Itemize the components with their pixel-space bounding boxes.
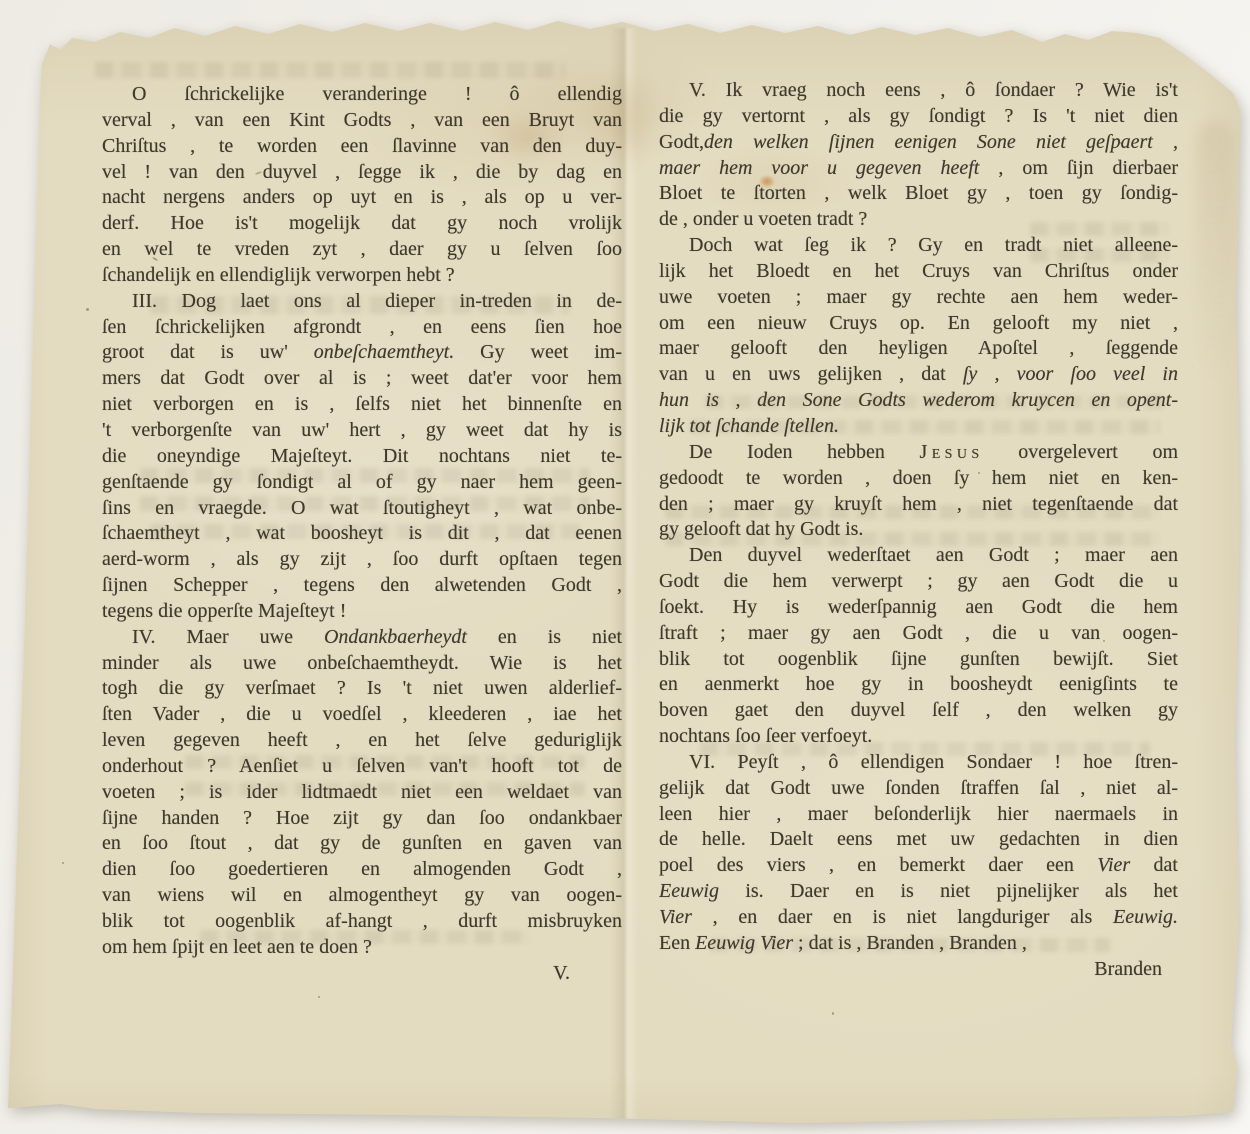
text-line: en wel te vreden zyt , daer gy u ſelven … <box>102 237 622 263</box>
text-line: Godt die hem verwerpt ; gy aen Godt die … <box>659 569 1178 595</box>
paragraph: III. Dog laet ons al dieper in-treden in… <box>102 289 622 625</box>
text-segment: Chriſtus , te worden een ſlavinne van de… <box>102 135 622 157</box>
text-line: derf. Hoe is't mogelijk dat gy noch vrol… <box>102 211 622 237</box>
text-line: Bloet te ſtorten , welk Bloet gy , toen … <box>659 181 1178 207</box>
text-segment: den ; maer gy kruyſt hem , niet tegenſta… <box>659 493 1178 515</box>
text-segment: en is niet <box>467 626 622 648</box>
catchword-left: V. <box>102 961 622 987</box>
text-line: lijk het Bloedt en het Cruys van Chriſtu… <box>659 259 1178 285</box>
text-line: gedoodt te worden , doen ſy hem niet en … <box>659 466 1178 492</box>
text-line: vel ! van den duyvel , ſegge ik , die by… <box>102 160 622 186</box>
edge-stain <box>1195 120 1235 380</box>
text-line: hun is , den Sone Godts wederom kruycen … <box>659 388 1178 414</box>
text-segment: niet verborgen en is , ſelfs niet het bi… <box>102 393 622 415</box>
name-jesus: Jesus <box>920 441 984 463</box>
text-line: groot dat is uw' onbeſchaemtheyt. Gy wee… <box>102 340 622 366</box>
text-line: nochtans ſoo ſeer verfoeyt. <box>659 724 1178 750</box>
text-segment: Godt die hem verwerpt ; gy aen Godt die … <box>659 570 1178 592</box>
text-segment: gelijk dat Godt uwe ſonden ſtraffen ſal … <box>659 777 1178 799</box>
text-line: gelijk dat Godt uwe ſonden ſtraffen ſal … <box>659 776 1178 802</box>
catchword-right: Branden <box>659 957 1178 983</box>
text-segment: overgelevert om <box>984 441 1178 463</box>
text-line: IV. Maer uwe Ondankbaerheydt en is niet <box>102 625 622 651</box>
text-segment: van wiens wil en almogentheyt gy van oog… <box>102 884 622 906</box>
text-segment: gy gelooft dat hy Godt is. <box>659 518 863 540</box>
text-line: verval , van een Kint Godts , van een Br… <box>102 108 622 134</box>
text-segment: van u en uws gelijken , dat <box>659 363 963 385</box>
text-segment: ſtraft ; maer gy aen Godt , die u van oo… <box>659 622 1178 644</box>
text-line: die oneyndige Majeſteyt. Dit nochtans ni… <box>102 444 622 470</box>
text-segment: en ſoo ſtout , dat gy de gunſten en gave… <box>102 832 622 854</box>
paragraph: Doch wat ſeg ik ? Gy en tradt niet allee… <box>659 233 1178 440</box>
text-line: blik tot oogenblik ſijne gunſten bewijſt… <box>659 647 1178 673</box>
paragraph: De Ioden hebben Jesus overgelevert omged… <box>659 440 1178 543</box>
text-segment: lijk het Bloedt en het Cruys van Chriſtu… <box>659 260 1178 282</box>
text-segment: die gy vertornt , als gy ſondigt ? Is 't… <box>659 105 1178 127</box>
text-line: om hem ſpijt en leet aen te doen ? <box>102 935 622 961</box>
text-line: niet verborgen en is , ſelfs niet het bi… <box>102 392 622 418</box>
text-line: ſen ſchrickelijken afgrondt , en eens ſi… <box>102 315 622 341</box>
text-line: ſijnen Schepper , tegens den alwetenden … <box>102 573 622 599</box>
text-segment: en aenmerkt hoe gy in boosheydt eenigſin… <box>659 673 1178 695</box>
text-segment: IV. Maer uwe <box>132 626 324 648</box>
paragraph: IV. Maer uwe Ondankbaerheydt en is nietm… <box>102 625 622 961</box>
right-page-text: V. Ik vraeg noch eens , ô ſondaer ? Wie … <box>659 78 1178 957</box>
bleedthrough-mark <box>95 62 565 78</box>
text-segment: maer hem voor u gegeven heeft <box>659 157 979 179</box>
text-line: blik tot oogenblik af-hangt , durft misb… <box>102 909 622 935</box>
text-segment: III. Dog laet ons al dieper in-treden in… <box>132 290 622 312</box>
text-line: de , onder u voeten tradt ? <box>659 207 1178 233</box>
text-segment: leen hier , maer beſonderlijk hier naerm… <box>659 803 1178 825</box>
text-segment: nacht nergens anders op uyt en is , als … <box>102 186 622 208</box>
text-segment: maer gelooft den heyligen Apoſtel , ſegg… <box>659 337 1178 359</box>
text-line: VI. Peyſt , ô ellendigen Sondaer ! hoe ſ… <box>659 750 1178 776</box>
right-page-column: V. Ik vraeg noch eens , ô ſondaer ? Wie … <box>659 78 1178 983</box>
text-segment: derf. Hoe is't mogelijk dat gy noch vrol… <box>102 212 622 234</box>
text-line: Een Eeuwig Vier ; dat is , Branden , Bra… <box>659 931 1178 957</box>
text-line: en ſoo ſtout , dat gy de gunſten en gave… <box>102 831 622 857</box>
text-line: de helle. Daelt eens met uw gedachten in… <box>659 827 1178 853</box>
text-segment: om hem ſpijt en leet aen te doen ? <box>102 936 372 958</box>
text-line: O ſchrickelijke veranderinge ! ô ellendi… <box>102 82 622 108</box>
text-segment: uwe voeten ; maer gy rechte aen hem wede… <box>659 286 1178 308</box>
text-segment: Ondankbaerheydt <box>324 626 467 648</box>
text-line: poel des viers , en bemerkt daer een Vie… <box>659 853 1178 879</box>
text-line: van wiens wil en almogentheyt gy van oog… <box>102 883 622 909</box>
text-line: Chriſtus , te worden een ſlavinne van de… <box>102 134 622 160</box>
text-segment: Doch wat ſeg ik ? Gy en tradt niet allee… <box>689 234 1178 256</box>
text-segment: , en daer en is niet langduriger als <box>692 906 1113 928</box>
text-segment: dat <box>1130 854 1178 876</box>
text-line: boven gaet den duyvel ſelf , den welken … <box>659 698 1178 724</box>
paragraph: Den duyvel wederſtaet aen Godt ; maer ae… <box>659 543 1178 750</box>
text-segment: om een nieuw Cruys op. En gelooft my nie… <box>659 312 1178 334</box>
text-line: genſtaende gy ſondigt al of gy naer hem … <box>102 470 622 496</box>
text-segment: tegens die opperſte Majeſteyt ! <box>102 600 346 622</box>
text-segment: ſy , voor ſoo veel in <box>963 363 1178 385</box>
text-line: den ; maer gy kruyſt hem , niet tegenſta… <box>659 492 1178 518</box>
text-segment: Vier <box>1097 854 1130 876</box>
text-segment: en wel te vreden zyt , daer gy u ſelven … <box>102 238 622 260</box>
text-line: nacht nergens anders op uyt en is , als … <box>102 185 622 211</box>
text-line: uwe voeten ; maer gy rechte aen hem wede… <box>659 285 1178 311</box>
text-segment: blik tot oogenblik af-hangt , durft misb… <box>102 910 622 932</box>
ink-speck <box>86 308 89 311</box>
text-segment: VI. Peyſt , ô ellendigen Sondaer ! hoe ſ… <box>689 751 1178 773</box>
text-segment: O ſchrickelijke veranderinge ! ô ellendi… <box>132 83 622 105</box>
text-line: die gy vertornt , als gy ſondigt ? Is 't… <box>659 104 1178 130</box>
text-line: togh die gy verſmaet ? Is 't niet uwen a… <box>102 676 622 702</box>
text-line: mers dat Godt over al is ; weet dat'er v… <box>102 366 622 392</box>
text-segment: ſchandelijk en ellendiglijk verworpen he… <box>102 264 455 286</box>
text-segment: gedoodt te worden , doen ſy hem niet en … <box>659 467 1178 489</box>
text-line: aerd-worm , als gy zijt , ſoo durft opſt… <box>102 547 622 573</box>
text-line: ſchandelijk en ellendiglijk verworpen he… <box>102 263 622 289</box>
text-segment: dien ſoo goedertieren en almogenden Godt… <box>102 858 622 880</box>
text-segment: groot dat is uw' <box>102 341 314 363</box>
text-segment: de helle. Daelt eens met uw gedachten in… <box>659 828 1178 850</box>
text-line: ſchaemtheyt , wat boosheyt is dit , dat … <box>102 521 622 547</box>
paper-shadow-wrap: O ſchrickelijke veranderinge ! ô ellendi… <box>0 0 1250 1134</box>
text-segment: 't verborgenſte van uw' hert , gy weet d… <box>102 419 622 441</box>
text-line: van u en uws gelijken , dat ſy , voor ſo… <box>659 362 1178 388</box>
text-segment: V. Ik vraeg noch eens , ô ſondaer ? Wie … <box>689 79 1178 101</box>
text-line: Eeuwig is. Daer en is niet pijnelijker a… <box>659 879 1178 905</box>
ink-speck <box>318 996 320 998</box>
text-segment: aerd-worm , als gy zijt , ſoo durft opſt… <box>102 548 622 570</box>
text-segment: ſen ſchrickelijken afgrondt , en eens ſi… <box>102 316 622 338</box>
text-segment: onbeſchaemtheyt. <box>314 341 455 363</box>
ink-speck <box>62 862 64 864</box>
text-line: ſoekt. Hy is wederſpannig aen Godt die h… <box>659 595 1178 621</box>
text-line: Doch wat ſeg ik ? Gy en tradt niet allee… <box>659 233 1178 259</box>
text-line: Den duyvel wederſtaet aen Godt ; maer ae… <box>659 543 1178 569</box>
text-line: lijk tot ſchande ſtellen. <box>659 414 1178 440</box>
scan-background: O ſchrickelijke veranderinge ! ô ellendi… <box>0 0 1250 1134</box>
text-line: ſins en vraegde. O wat ſtoutigheyt , wat… <box>102 496 622 522</box>
text-segment: De Ioden hebben <box>689 441 920 463</box>
text-line: ſtraft ; maer gy aen Godt , die u van oo… <box>659 621 1178 647</box>
text-line: ſijne handen ? Hoe zijt gy dan ſoo ondan… <box>102 806 622 832</box>
text-line: en aenmerkt hoe gy in boosheydt eenigſin… <box>659 672 1178 698</box>
text-segment: boven gaet den duyvel ſelf , den welken … <box>659 699 1178 721</box>
text-segment: lijk tot ſchande ſtellen. <box>659 415 839 437</box>
text-line: leen hier , maer beſonderlijk hier naerm… <box>659 802 1178 828</box>
text-segment: poel des viers , en bemerkt daer een <box>659 854 1097 876</box>
text-segment: leven gegeven heeft , en het ſelve gedur… <box>102 729 622 751</box>
text-segment: ſijne handen ? Hoe zijt gy dan ſoo ondan… <box>102 807 622 829</box>
text-line: voeten ; is ider lidtmaedt niet een weld… <box>102 780 622 806</box>
torn-paper-sheet: O ſchrickelijke veranderinge ! ô ellendi… <box>0 0 1250 1134</box>
text-segment: de , onder u voeten tradt ? <box>659 208 867 230</box>
text-line: V. Ik vraeg noch eens , ô ſondaer ? Wie … <box>659 78 1178 104</box>
text-line: minder als uwe onbeſchaemtheydt. Wie is … <box>102 651 622 677</box>
text-line: onderhout ? Aenſiet u ſelven van't hooft… <box>102 754 622 780</box>
text-segment: voeten ; is ider lidtmaedt niet een weld… <box>102 781 622 803</box>
text-segment: blik tot oogenblik ſijne gunſten bewijſt… <box>659 648 1178 670</box>
text-segment: nochtans ſoo ſeer verfoeyt. <box>659 725 872 747</box>
left-page-text: O ſchrickelijke veranderinge ! ô ellendi… <box>102 82 622 961</box>
text-segment: ; dat is , Branden , Branden , <box>793 932 1027 954</box>
text-segment: ſten Vader , die u voedſel , kleederen ,… <box>102 703 622 725</box>
text-line: maer gelooft den heyligen Apoſtel , ſegg… <box>659 336 1178 362</box>
text-line: tegens die opperſte Majeſteyt ! <box>102 599 622 625</box>
text-segment: Een <box>659 932 695 954</box>
text-segment: den welken ſijnen eenigen Sone niet geſp… <box>704 131 1178 153</box>
text-line: maer hem voor u gegeven heeft , om ſijn … <box>659 156 1178 182</box>
text-line: 't verborgenſte van uw' hert , gy weet d… <box>102 418 622 444</box>
paragraph: V. Ik vraeg noch eens , ô ſondaer ? Wie … <box>659 78 1178 233</box>
text-segment: ſins en vraegde. O wat ſtoutigheyt , wat… <box>102 497 622 519</box>
ink-speck <box>832 1012 834 1015</box>
text-segment: ſijnen Schepper , tegens den alwetenden … <box>102 574 622 596</box>
text-segment: vel ! van den duyvel , ſegge ik , die by… <box>102 161 622 183</box>
text-segment: ſoekt. Hy is wederſpannig aen Godt die h… <box>659 596 1178 618</box>
text-segment: Vier <box>659 906 692 928</box>
text-segment: minder als uwe onbeſchaemtheydt. Wie is … <box>102 652 622 674</box>
paragraph: O ſchrickelijke veranderinge ! ô ellendi… <box>102 82 622 289</box>
text-segment: , om ſijn dierbaer <box>979 157 1178 179</box>
text-line: gy gelooft dat hy Godt is. <box>659 517 1178 543</box>
text-segment: mers dat Godt over al is ; weet dat'er v… <box>102 367 622 389</box>
text-line: ſten Vader , die u voedſel , kleederen ,… <box>102 702 622 728</box>
text-segment: Godt, <box>659 131 704 153</box>
text-segment: Eeuwig Vier <box>695 932 793 954</box>
paragraph: VI. Peyſt , ô ellendigen Sondaer ! hoe ſ… <box>659 750 1178 957</box>
text-line: leven gegeven heeft , en het ſelve gedur… <box>102 728 622 754</box>
text-segment: ſchaemtheyt , wat boosheyt is dit , dat … <box>102 522 622 544</box>
text-segment: Bloet te ſtorten , welk Bloet gy , toen … <box>659 182 1178 204</box>
text-segment: Eeuwig. <box>1113 906 1178 928</box>
text-segment: togh die gy verſmaet ? Is 't niet uwen a… <box>102 677 622 699</box>
text-segment: Eeuwig <box>659 880 719 902</box>
text-segment: onderhout ? Aenſiet u ſelven van't hooft… <box>102 755 622 777</box>
text-segment: Den duyvel wederſtaet aen Godt ; maer ae… <box>689 544 1178 566</box>
text-segment: is. Daer en is niet pijnelijker als het <box>719 880 1178 902</box>
text-line: De Ioden hebben Jesus overgelevert om <box>659 440 1178 466</box>
text-segment: verval , van een Kint Godts , van een Br… <box>102 109 622 131</box>
text-segment: genſtaende gy ſondigt al of gy naer hem … <box>102 471 622 493</box>
text-segment: Gy weet im- <box>454 341 622 363</box>
text-line: om een nieuw Cruys op. En gelooft my nie… <box>659 311 1178 337</box>
text-line: Vier , en daer en is niet langduriger al… <box>659 905 1178 931</box>
left-page-column: O ſchrickelijke veranderinge ! ô ellendi… <box>102 82 622 987</box>
text-segment: die oneyndige Majeſteyt. Dit nochtans ni… <box>102 445 622 467</box>
text-segment: hun is , den Sone Godts wederom kruycen … <box>659 389 1178 411</box>
text-line: dien ſoo goedertieren en almogenden Godt… <box>102 857 622 883</box>
text-line: III. Dog laet ons al dieper in-treden in… <box>102 289 622 315</box>
text-line: Godt,den welken ſijnen eenigen Sone niet… <box>659 130 1178 156</box>
